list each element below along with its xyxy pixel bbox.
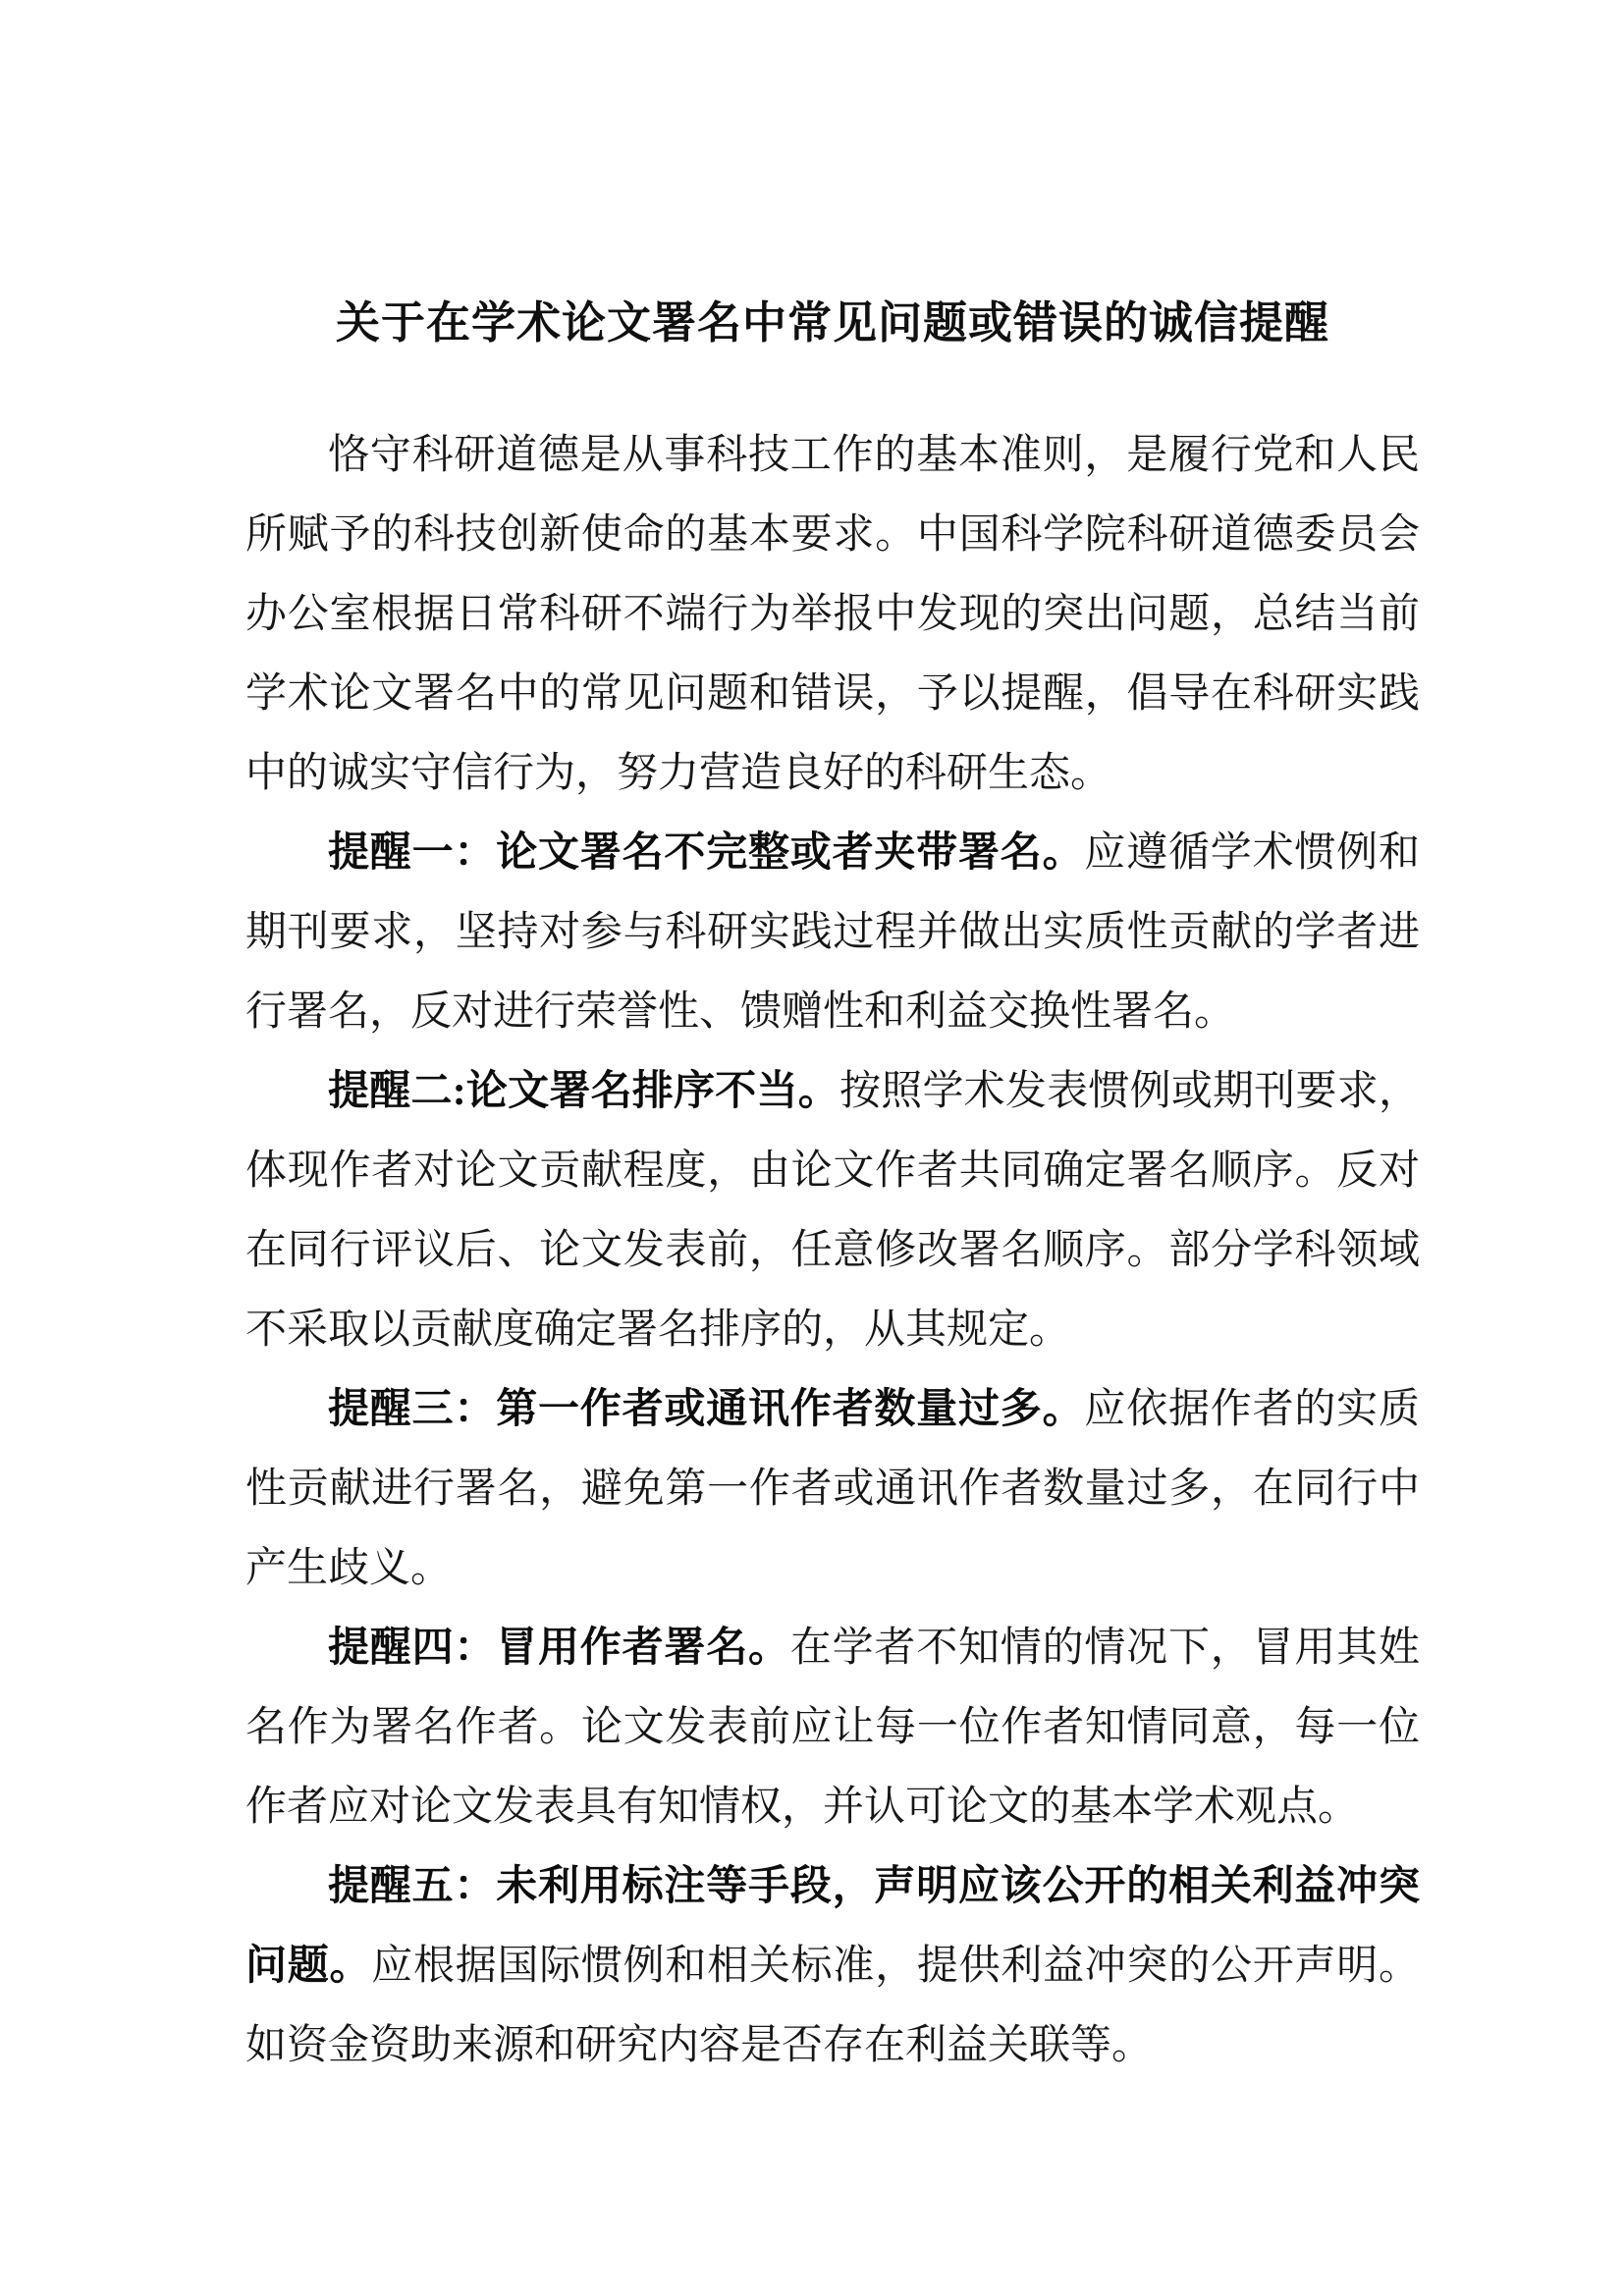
paragraph-reminder-1-lead: 提醒一：论文署名不完整或者夹带署名。 — [328, 830, 1084, 876]
paragraph-reminder-3: 提醒三：第一作者或通讯作者数量过多。应依据作者的实质性贡献进行署名，避免第一作者… — [245, 1370, 1420, 1609]
paragraph-reminder-4: 提醒四：冒用作者署名。在学者不知情的情况下，冒用其姓名作为署名作者。论文发表前应… — [245, 1609, 1420, 1847]
paragraph-reminder-4-lead: 提醒四：冒用作者署名。 — [328, 1626, 790, 1671]
paragraph-reminder-2: 提醒二:论文署名排序不当。按照学术发表惯例或期刊要求，体现作者对论文贡献程度，由… — [245, 1052, 1420, 1370]
paragraph-reminder-5-text: 应根据国际惯例和相关标准，提供利益冲突的公开声明。如资金资助来源和研究内容是否存… — [245, 1944, 1420, 2068]
paragraph-reminder-3-lead: 提醒三：第一作者或通讯作者数量过多。 — [328, 1387, 1084, 1432]
paragraph-reminder-2-lead: 提醒二:论文署名排序不当。 — [328, 1069, 839, 1114]
document-content: 关于在学术论文署名中常见问题或错误的诚信提醒 恪守科研道德是从事科技工作的基本准… — [245, 0, 1420, 2086]
paragraph-intro-text: 恪守科研道德是从事科技工作的基本准则，是履行党和人民所赋予的科技创新使命的基本要… — [245, 433, 1420, 796]
paragraph-reminder-1: 提醒一：论文署名不完整或者夹带署名。应遵循学术惯例和期刊要求，坚持对参与科研实践… — [245, 814, 1420, 1052]
document-title: 关于在学术论文署名中常见问题或错误的诚信提醒 — [245, 291, 1420, 355]
paragraph-reminder-5: 提醒五：未利用标注等手段，声明应该公开的相关利益冲突问题。应根据国际惯例和相关标… — [245, 1847, 1420, 2086]
paragraph-intro: 恪守科研道德是从事科技工作的基本准则，是履行党和人民所赋予的科技创新使命的基本要… — [245, 416, 1420, 814]
document-page: 关于在学术论文署名中常见问题或错误的诚信提醒 恪守科研道德是从事科技工作的基本准… — [0, 0, 1624, 2296]
